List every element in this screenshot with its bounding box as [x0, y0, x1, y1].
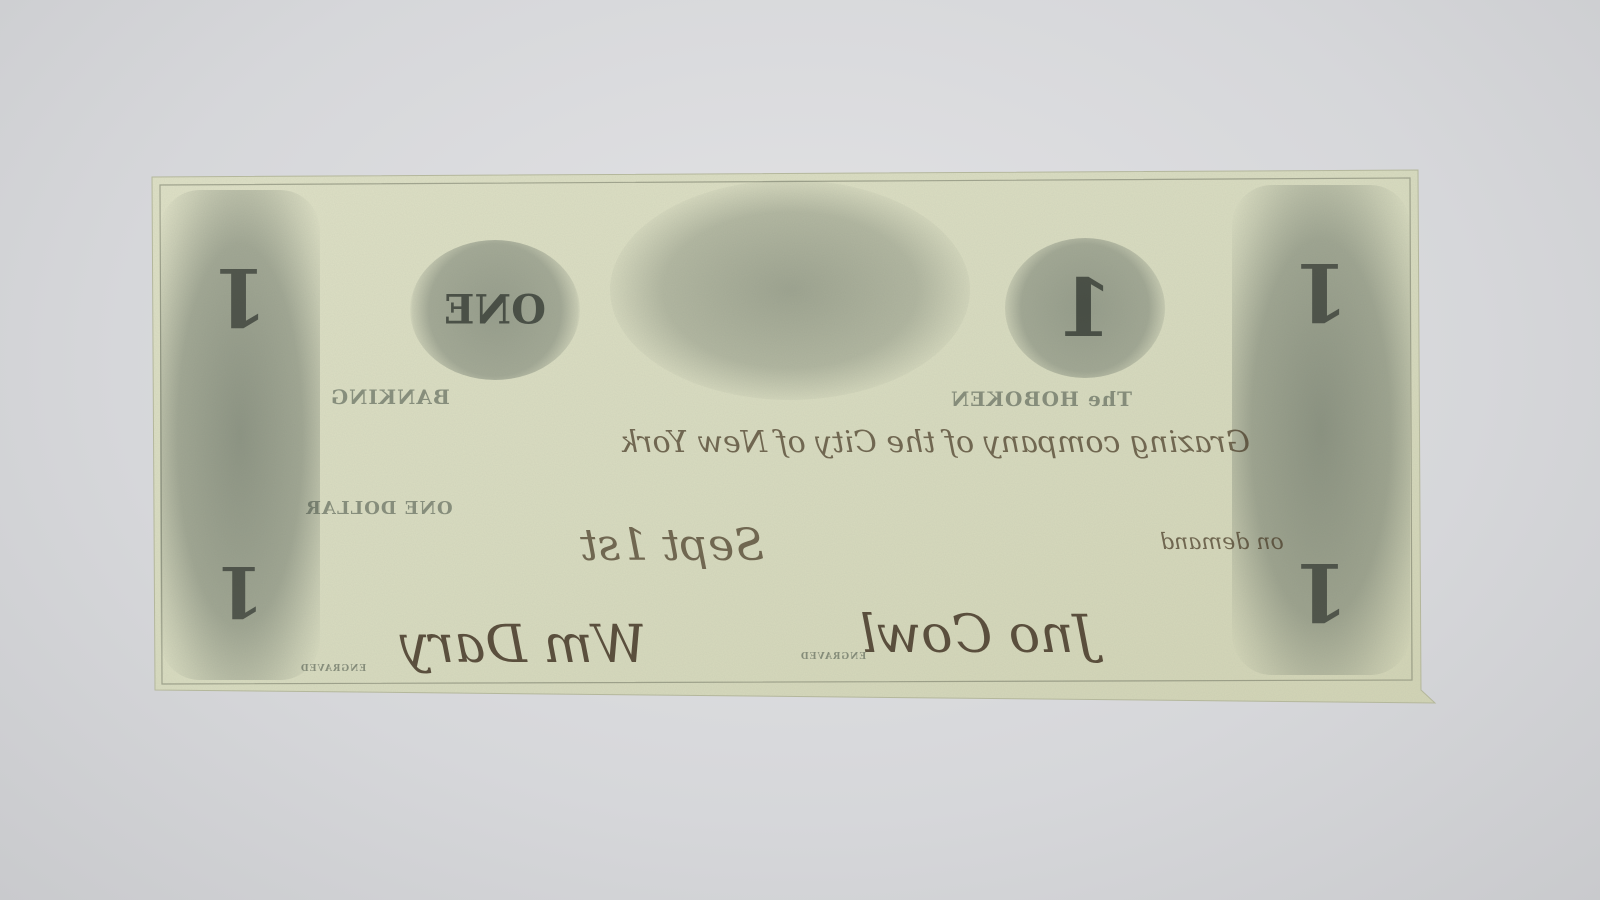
right-end-panel: 1 1: [1232, 185, 1410, 675]
numeral-medallion: 1: [1005, 238, 1165, 378]
numeral-bottom-right: 1: [1232, 545, 1410, 639]
bank-title-left: BANKING: [330, 385, 450, 409]
left-end-panel: 1 1: [160, 190, 320, 680]
amount-text: ONE DOLLAR: [305, 498, 453, 519]
signature-right: Jno Cowl: [860, 605, 1094, 665]
handwriting-date: Sept 1st: [580, 520, 764, 571]
numeral-top-right: 1: [1232, 245, 1410, 339]
engraver-imprint-left: ENGRAVED: [300, 664, 366, 674]
engraver-imprint-right: ENGRAVED: [800, 652, 866, 662]
numeral-top-left: 1: [160, 250, 320, 344]
signature-left: Wm Dary: [400, 615, 646, 675]
handwriting-company: Grazing company of the City of New York: [620, 425, 1250, 460]
numeral-bottom-left: 1: [160, 550, 320, 633]
bank-title-right: The HOBOKEN: [950, 387, 1132, 411]
one-word-medallion: ONE: [410, 240, 580, 380]
central-vignette: [610, 180, 970, 400]
handwriting-demand: on demand: [1160, 530, 1284, 555]
